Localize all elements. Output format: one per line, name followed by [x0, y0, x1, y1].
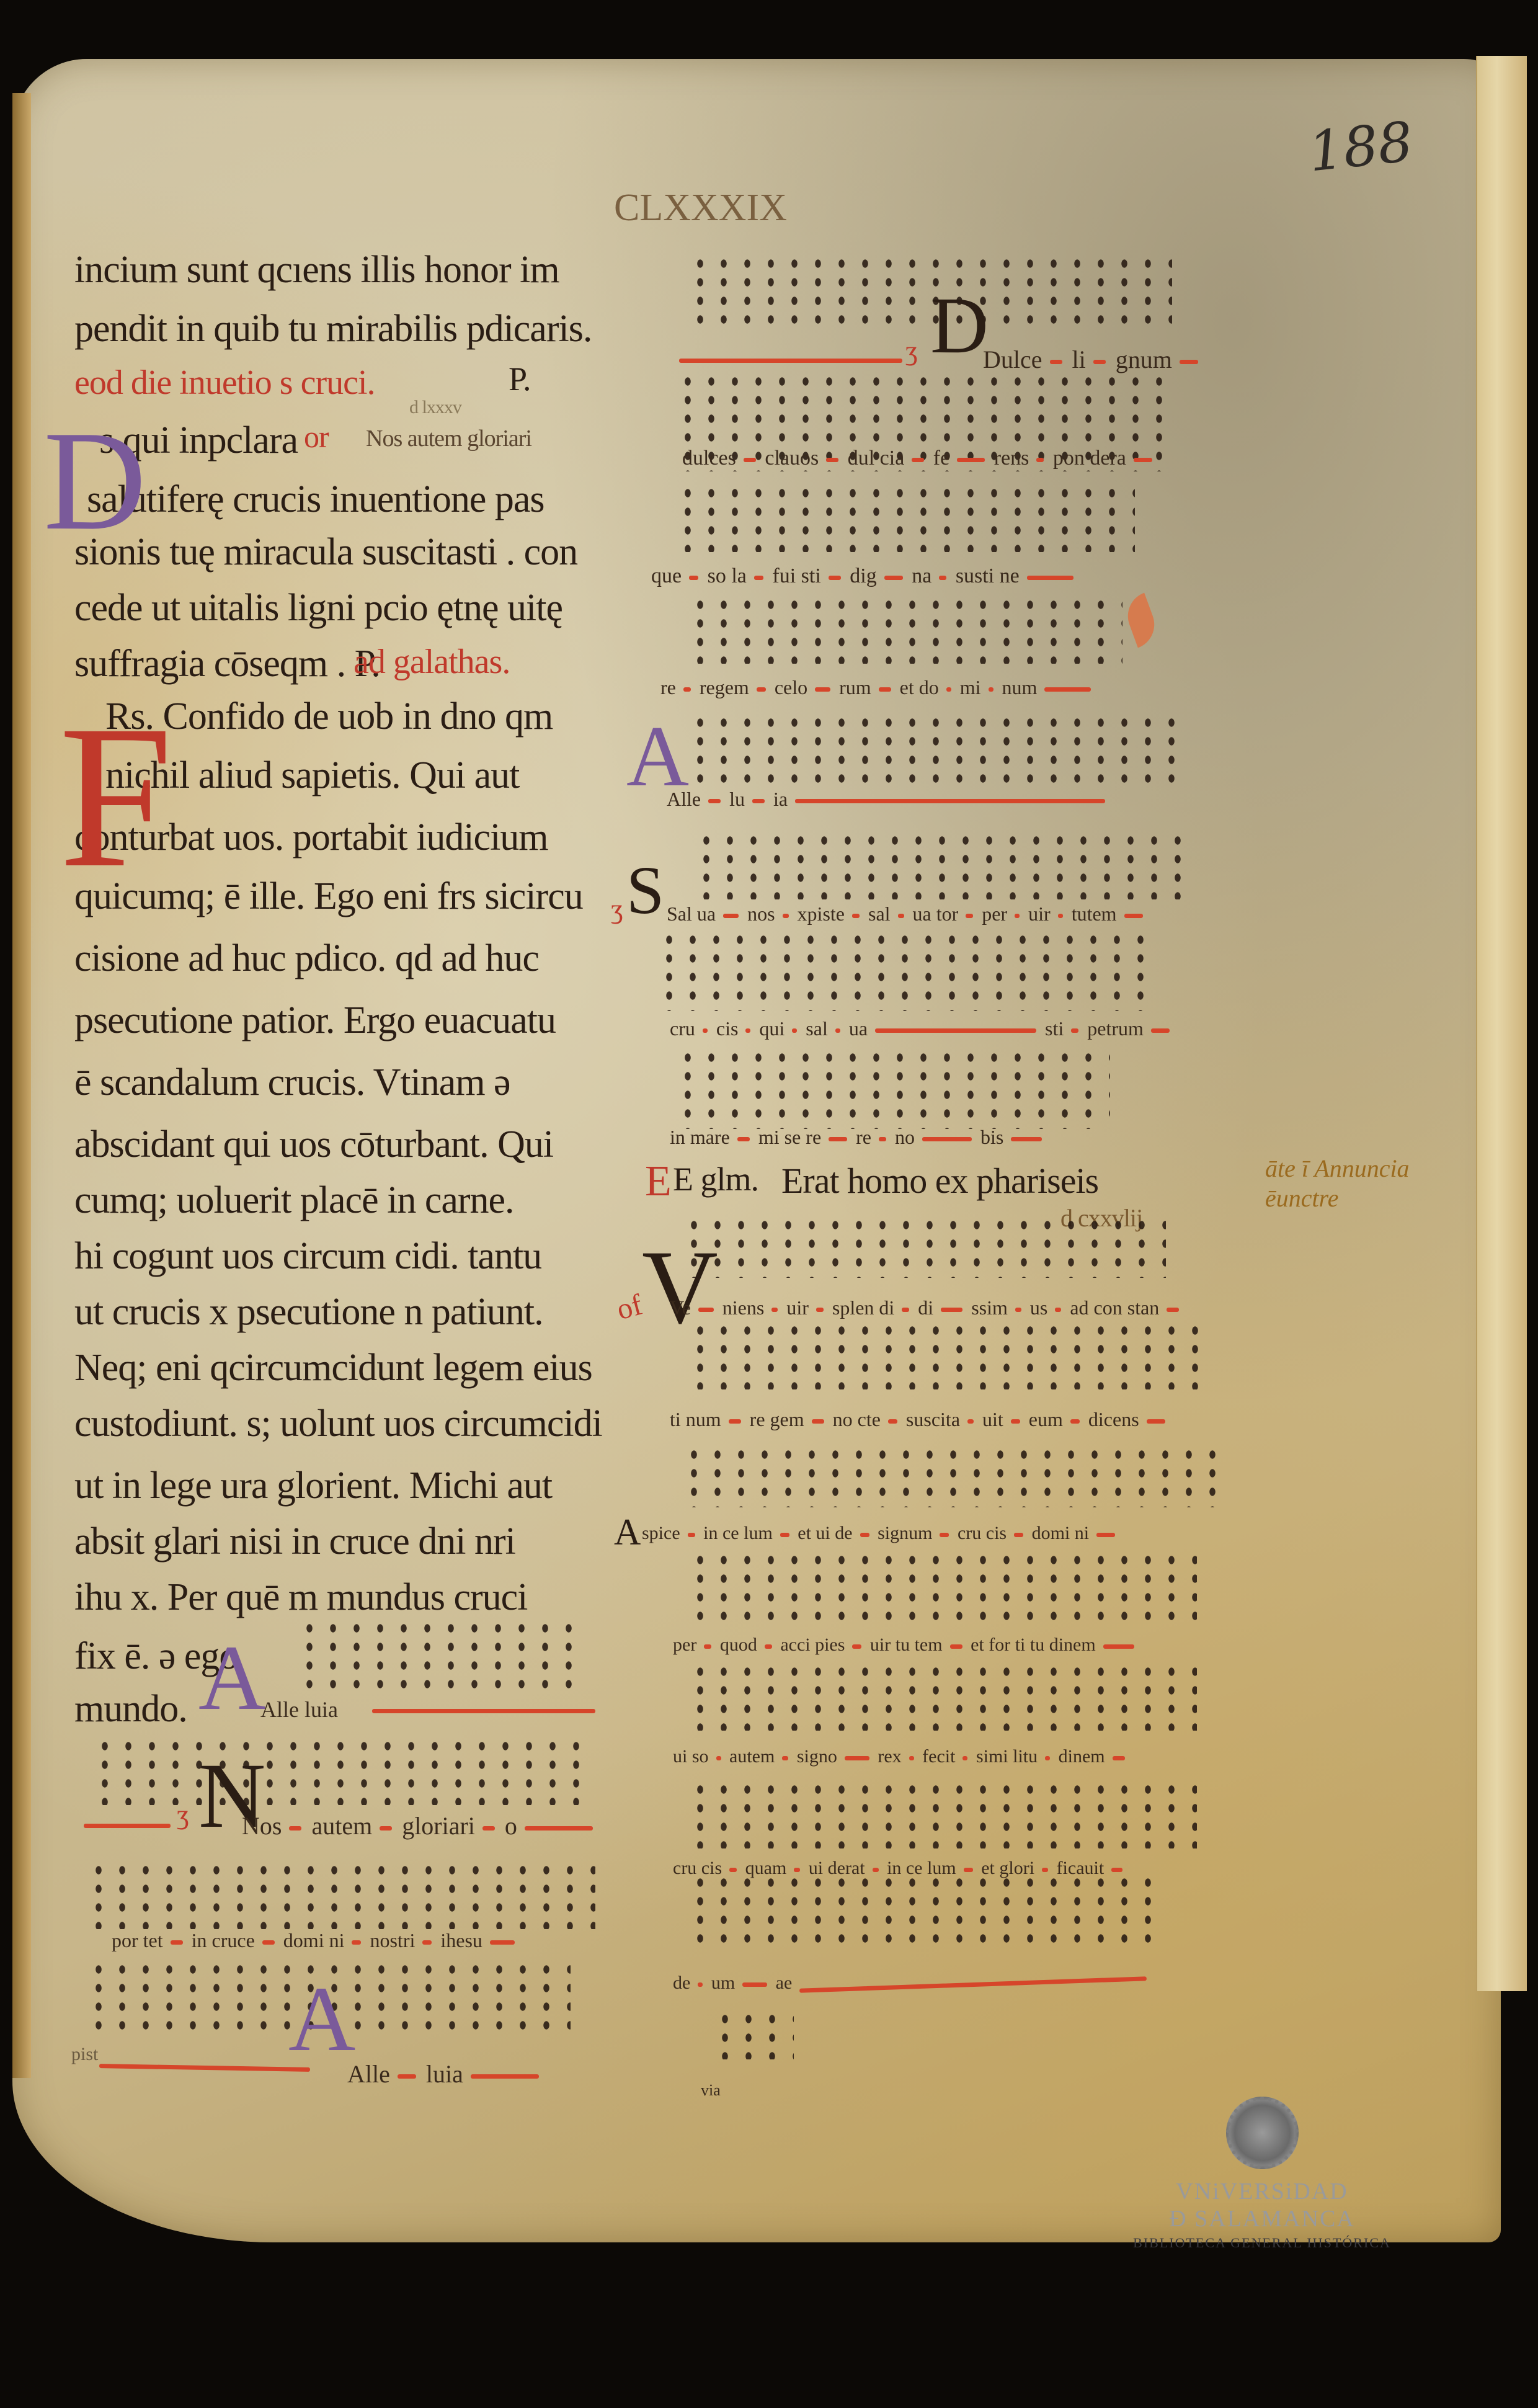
initial-A-purple-right: A: [626, 713, 689, 800]
prose-line: ut in lege ura glorient. Michi aut: [74, 1464, 552, 1508]
initial-S: S: [626, 856, 664, 924]
prose-line: suffragia cōseqm . P.: [74, 642, 380, 686]
lyric-line: de um ae: [673, 1973, 1150, 1994]
p-mark: P.: [509, 360, 531, 398]
staff-line: [84, 1824, 171, 1828]
neume-row: [93, 1737, 589, 1805]
neume-row: [676, 1048, 1110, 1129]
page-edge: [1476, 56, 1527, 1991]
neume-row: [688, 595, 1122, 664]
prose-line: hi cogunt uos circum cidi. tantu: [74, 1234, 541, 1278]
library-watermark: VNiVERSiDAD Ð SALAMANCA BIBLIOTECA GENER…: [1122, 2097, 1402, 2251]
prose-line: custodiunt. s; uolunt uos circumcidi: [74, 1402, 602, 1446]
custos-mark: ʒ: [177, 1799, 189, 1831]
lyric-line: per quod acci pies uir tu tem et for ti …: [673, 1634, 1138, 1656]
lyric-line: Sal ua nos xpiste sal ua tor per uir tut…: [667, 903, 1147, 925]
neume-row: [688, 1873, 1160, 1948]
prose-line: Neq; eni qcircumcidunt legem eius: [74, 1346, 592, 1390]
folio-number: 188: [1305, 110, 1416, 184]
lyric-line: Alle lu ia: [667, 788, 1109, 811]
binding-gutter: [12, 93, 31, 2078]
lyric-line: ui so autem signo rex fecit simi litu di…: [673, 1746, 1129, 1767]
neume-row: [682, 1216, 1166, 1278]
prose-line: incium sunt qcıens illis honor im: [74, 248, 559, 292]
neume-row: [87, 1861, 595, 1929]
bottom-syllable: via: [701, 2081, 721, 2100]
custos-mark: ʒ: [905, 335, 918, 367]
pist-label: pist: [71, 2044, 98, 2065]
university-seal-icon: [1226, 2097, 1299, 2169]
neume-row: [713, 2010, 794, 2059]
neume-row: [298, 1619, 589, 1693]
prose-line: ut crucis x psecutione n patiunt.: [74, 1290, 543, 1334]
lyric-line: por tet in cruce domi ni nostri ihesu: [112, 1929, 518, 1952]
prose-line: mundo.: [74, 1687, 187, 1731]
rubric-epistle: ad galathas.: [353, 642, 510, 682]
lyric-line: dulces clauos dul cia fe rens pon dera: [682, 447, 1156, 470]
lyric-line: cru cis qui sal ua sti petrum: [670, 1017, 1173, 1040]
prose-line: absit glari nisi in cruce dni nri: [74, 1520, 515, 1564]
neume-row: [688, 1551, 1197, 1625]
prose-line: sionis tuę miracula suscitasti . con: [74, 530, 577, 574]
prose-line: abscidant qui uos cōturbant. Qui: [74, 1123, 553, 1167]
roman-folio-number: CLXXXIX: [614, 186, 787, 230]
initial-D-purple: D: [43, 409, 146, 552]
lyric-line: in mare mi se re re no bis: [670, 1126, 1046, 1149]
neume-row: [688, 1321, 1209, 1389]
initial-A-black: A: [614, 1514, 641, 1551]
neume-row: [688, 1780, 1197, 1848]
neume-row: [676, 484, 1135, 552]
neume-row: [682, 1445, 1216, 1507]
rubric-or: or: [304, 419, 329, 455]
neume-row: [695, 831, 1185, 899]
lyric-line: Dulce li gnum: [983, 345, 1202, 374]
lyric-line: Alle luia: [347, 2059, 543, 2089]
gospel-rubric: E glm.: [673, 1160, 758, 1198]
rubric-heading: eod die inuetio s cruci.: [74, 363, 375, 403]
prose-line: salutiferę crucis inuentione pas: [87, 478, 545, 522]
gospel-incipit: Erat homo ex phariseis: [781, 1160, 1098, 1202]
lyric-line: que so la fui sti dig na susti ne: [651, 564, 1077, 588]
watermark-line-2: Ð SALAMANCA: [1122, 2205, 1402, 2232]
collect-gloss: Nos autem gloriari: [366, 425, 531, 452]
watermark-line-3: BIBLIOTECA GENERAL HISTÓRICA: [1122, 2235, 1402, 2251]
staff-line: [679, 359, 902, 363]
lyric-line: Ve niens uir splen di di ssim us ad con …: [670, 1296, 1183, 1319]
custos-mark: ʒ: [611, 893, 623, 925]
prose-line: cumq; uoluerit placē in carne.: [74, 1179, 514, 1223]
prose-line: psecutione patior. Ergo euacuatu: [74, 999, 556, 1043]
neume-row: [688, 713, 1185, 788]
neume-row: [657, 930, 1153, 1011]
lyric-line: re regem celo rum et do mi num: [660, 676, 1095, 699]
initial-F-red: F: [59, 695, 173, 899]
initial-A-purple-2: A: [288, 1973, 355, 2066]
lyric-line: Nos autem gloriari o: [242, 1811, 597, 1840]
lyric-line: spice in ce lum et ui de signum cru cis …: [642, 1523, 1119, 1544]
prose-line: cede ut uitalis ligni pcio ętnę uitę: [74, 586, 562, 630]
initial-D: D: [930, 285, 989, 366]
prose-line: pendit in quib tu mirabilis pdicaris.: [74, 307, 592, 351]
lyric-line: ti num re gem no cte suscita uit eum dic…: [670, 1408, 1169, 1431]
neume-row: [688, 1662, 1197, 1731]
watermark-line-1: VNiVERSiDAD: [1122, 2178, 1402, 2205]
lyric-alleluia: Alle luia: [260, 1697, 338, 1723]
gospel-initial-E: E: [645, 1157, 671, 1206]
marginal-note: āte ī Annuncia ēunctre: [1265, 1154, 1410, 1213]
prose-line: ihu x. Per quē m mundus cruci: [74, 1576, 527, 1620]
initial-A-purple: A: [198, 1631, 265, 1724]
gloss-above: d lxxxv: [409, 397, 461, 418]
staff-line: [372, 1709, 595, 1713]
prose-line: ē scandalum crucis. Vtinam ǝ: [74, 1061, 510, 1105]
prose-line: cisione ad huc pdico. qd ad huc: [74, 937, 539, 981]
